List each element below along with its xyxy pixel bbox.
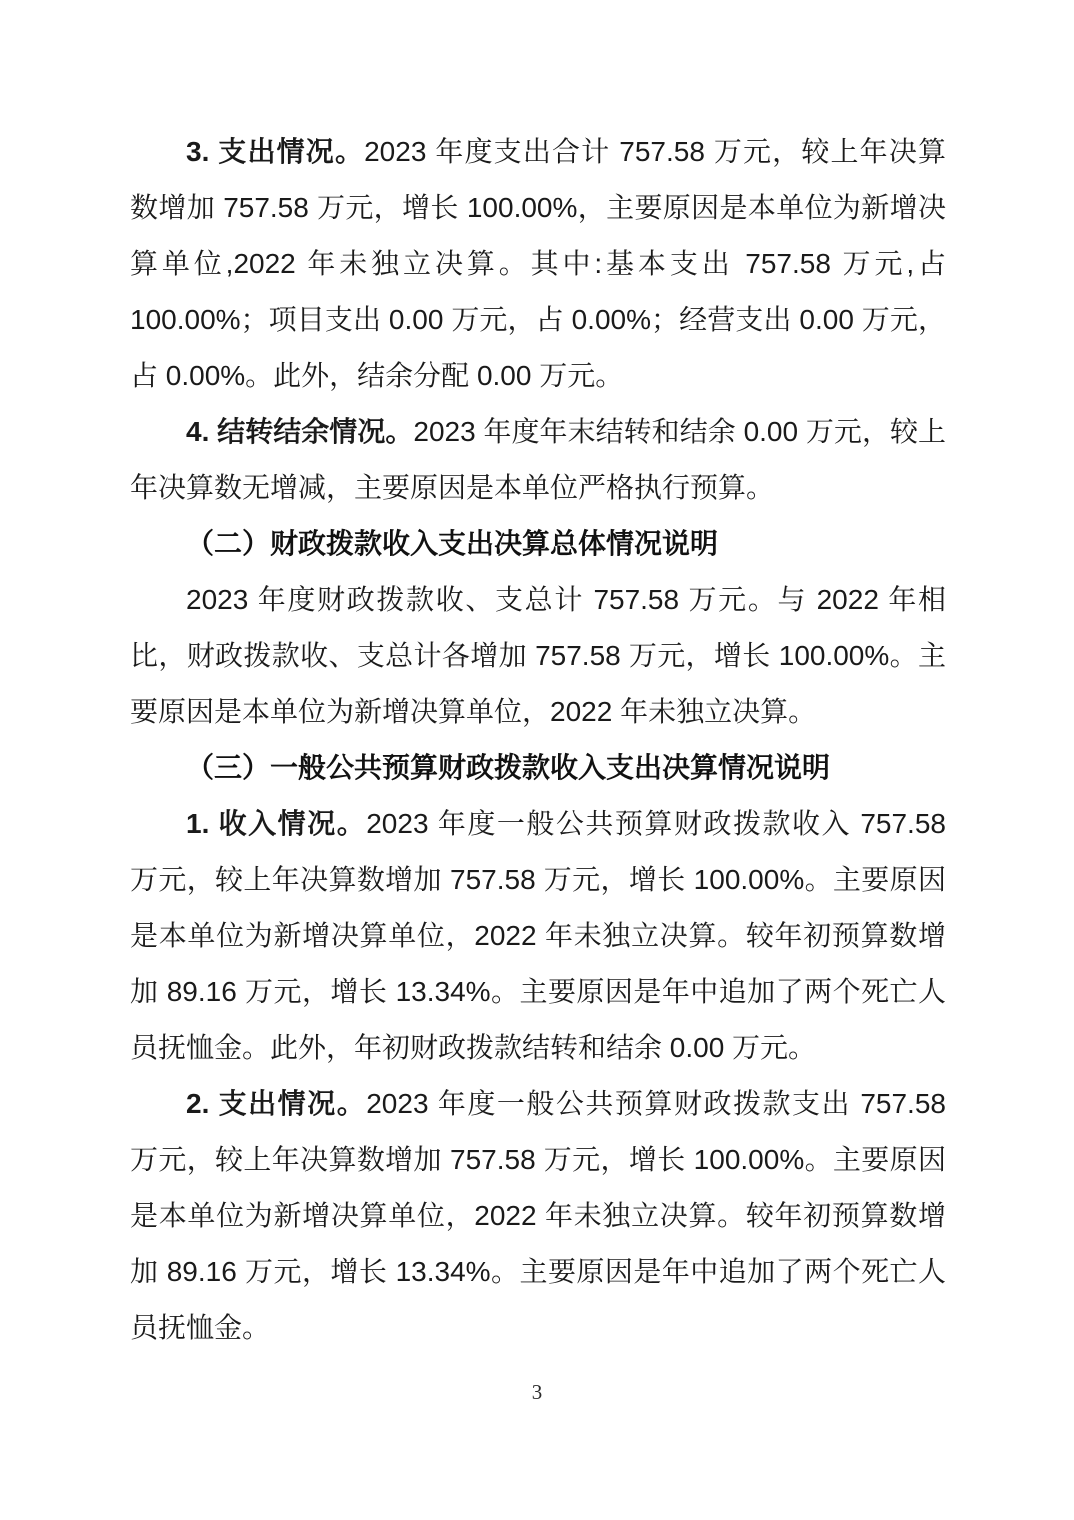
document-body: 3. 支出情况。2023 年度支出合计 757.58 万元，较上年决算数增加 7… <box>130 124 946 1356</box>
heading-section-2-fiscal-appropriation: （二）财政拨款收入支出决算总体情况说明 <box>130 516 946 572</box>
para-income-situation-text: 2023 年度一般公共预算财政拨款收入 757.58 万元，较上年决算数增加 7… <box>130 808 946 1063</box>
para-expenditure-overview: 3. 支出情况。2023 年度支出合计 757.58 万元，较上年决算数增加 7… <box>130 124 946 404</box>
para-fiscal-appropriation-total: 2023 年度财政拨款收、支总计 757.58 万元。与 2022 年相比，财政… <box>130 572 946 740</box>
heading-section-3-text: （三）一般公共预算财政拨款收入支出决算情况说明 <box>186 752 830 783</box>
para-carryover-balance: 4. 结转结余情况。2023 年度年末结转和结余 0.00 万元，较上年决算数无… <box>130 404 946 516</box>
heading-section-3-public-budget: （三）一般公共预算财政拨款收入支出决算情况说明 <box>130 740 946 796</box>
para-expenditure-overview-lead: 3. 支出情况。 <box>186 136 364 167</box>
document-page: 3. 支出情况。2023 年度支出合计 757.58 万元，较上年决算数增加 7… <box>0 0 1074 1520</box>
para-expenditure-situation-lead: 2. 支出情况。 <box>186 1088 366 1119</box>
para-expenditure-situation-text: 2023 年度一般公共预算财政拨款支出 757.58 万元，较上年决算数增加 7… <box>130 1088 946 1343</box>
para-carryover-balance-lead: 4. 结转结余情况。 <box>186 416 413 447</box>
heading-section-2-text: （二）财政拨款收入支出决算总体情况说明 <box>186 528 718 559</box>
para-income-situation: 1. 收入情况。2023 年度一般公共预算财政拨款收入 757.58 万元，较上… <box>130 796 946 1076</box>
para-income-situation-lead: 1. 收入情况。 <box>186 808 366 839</box>
para-fiscal-appropriation-total-text: 2023 年度财政拨款收、支总计 757.58 万元。与 2022 年相比，财政… <box>130 584 946 727</box>
para-expenditure-overview-text: 2023 年度支出合计 757.58 万元，较上年决算数增加 757.58 万元… <box>130 136 946 391</box>
page-number: 3 <box>0 1378 1074 1406</box>
para-expenditure-situation: 2. 支出情况。2023 年度一般公共预算财政拨款支出 757.58 万元，较上… <box>130 1076 946 1356</box>
